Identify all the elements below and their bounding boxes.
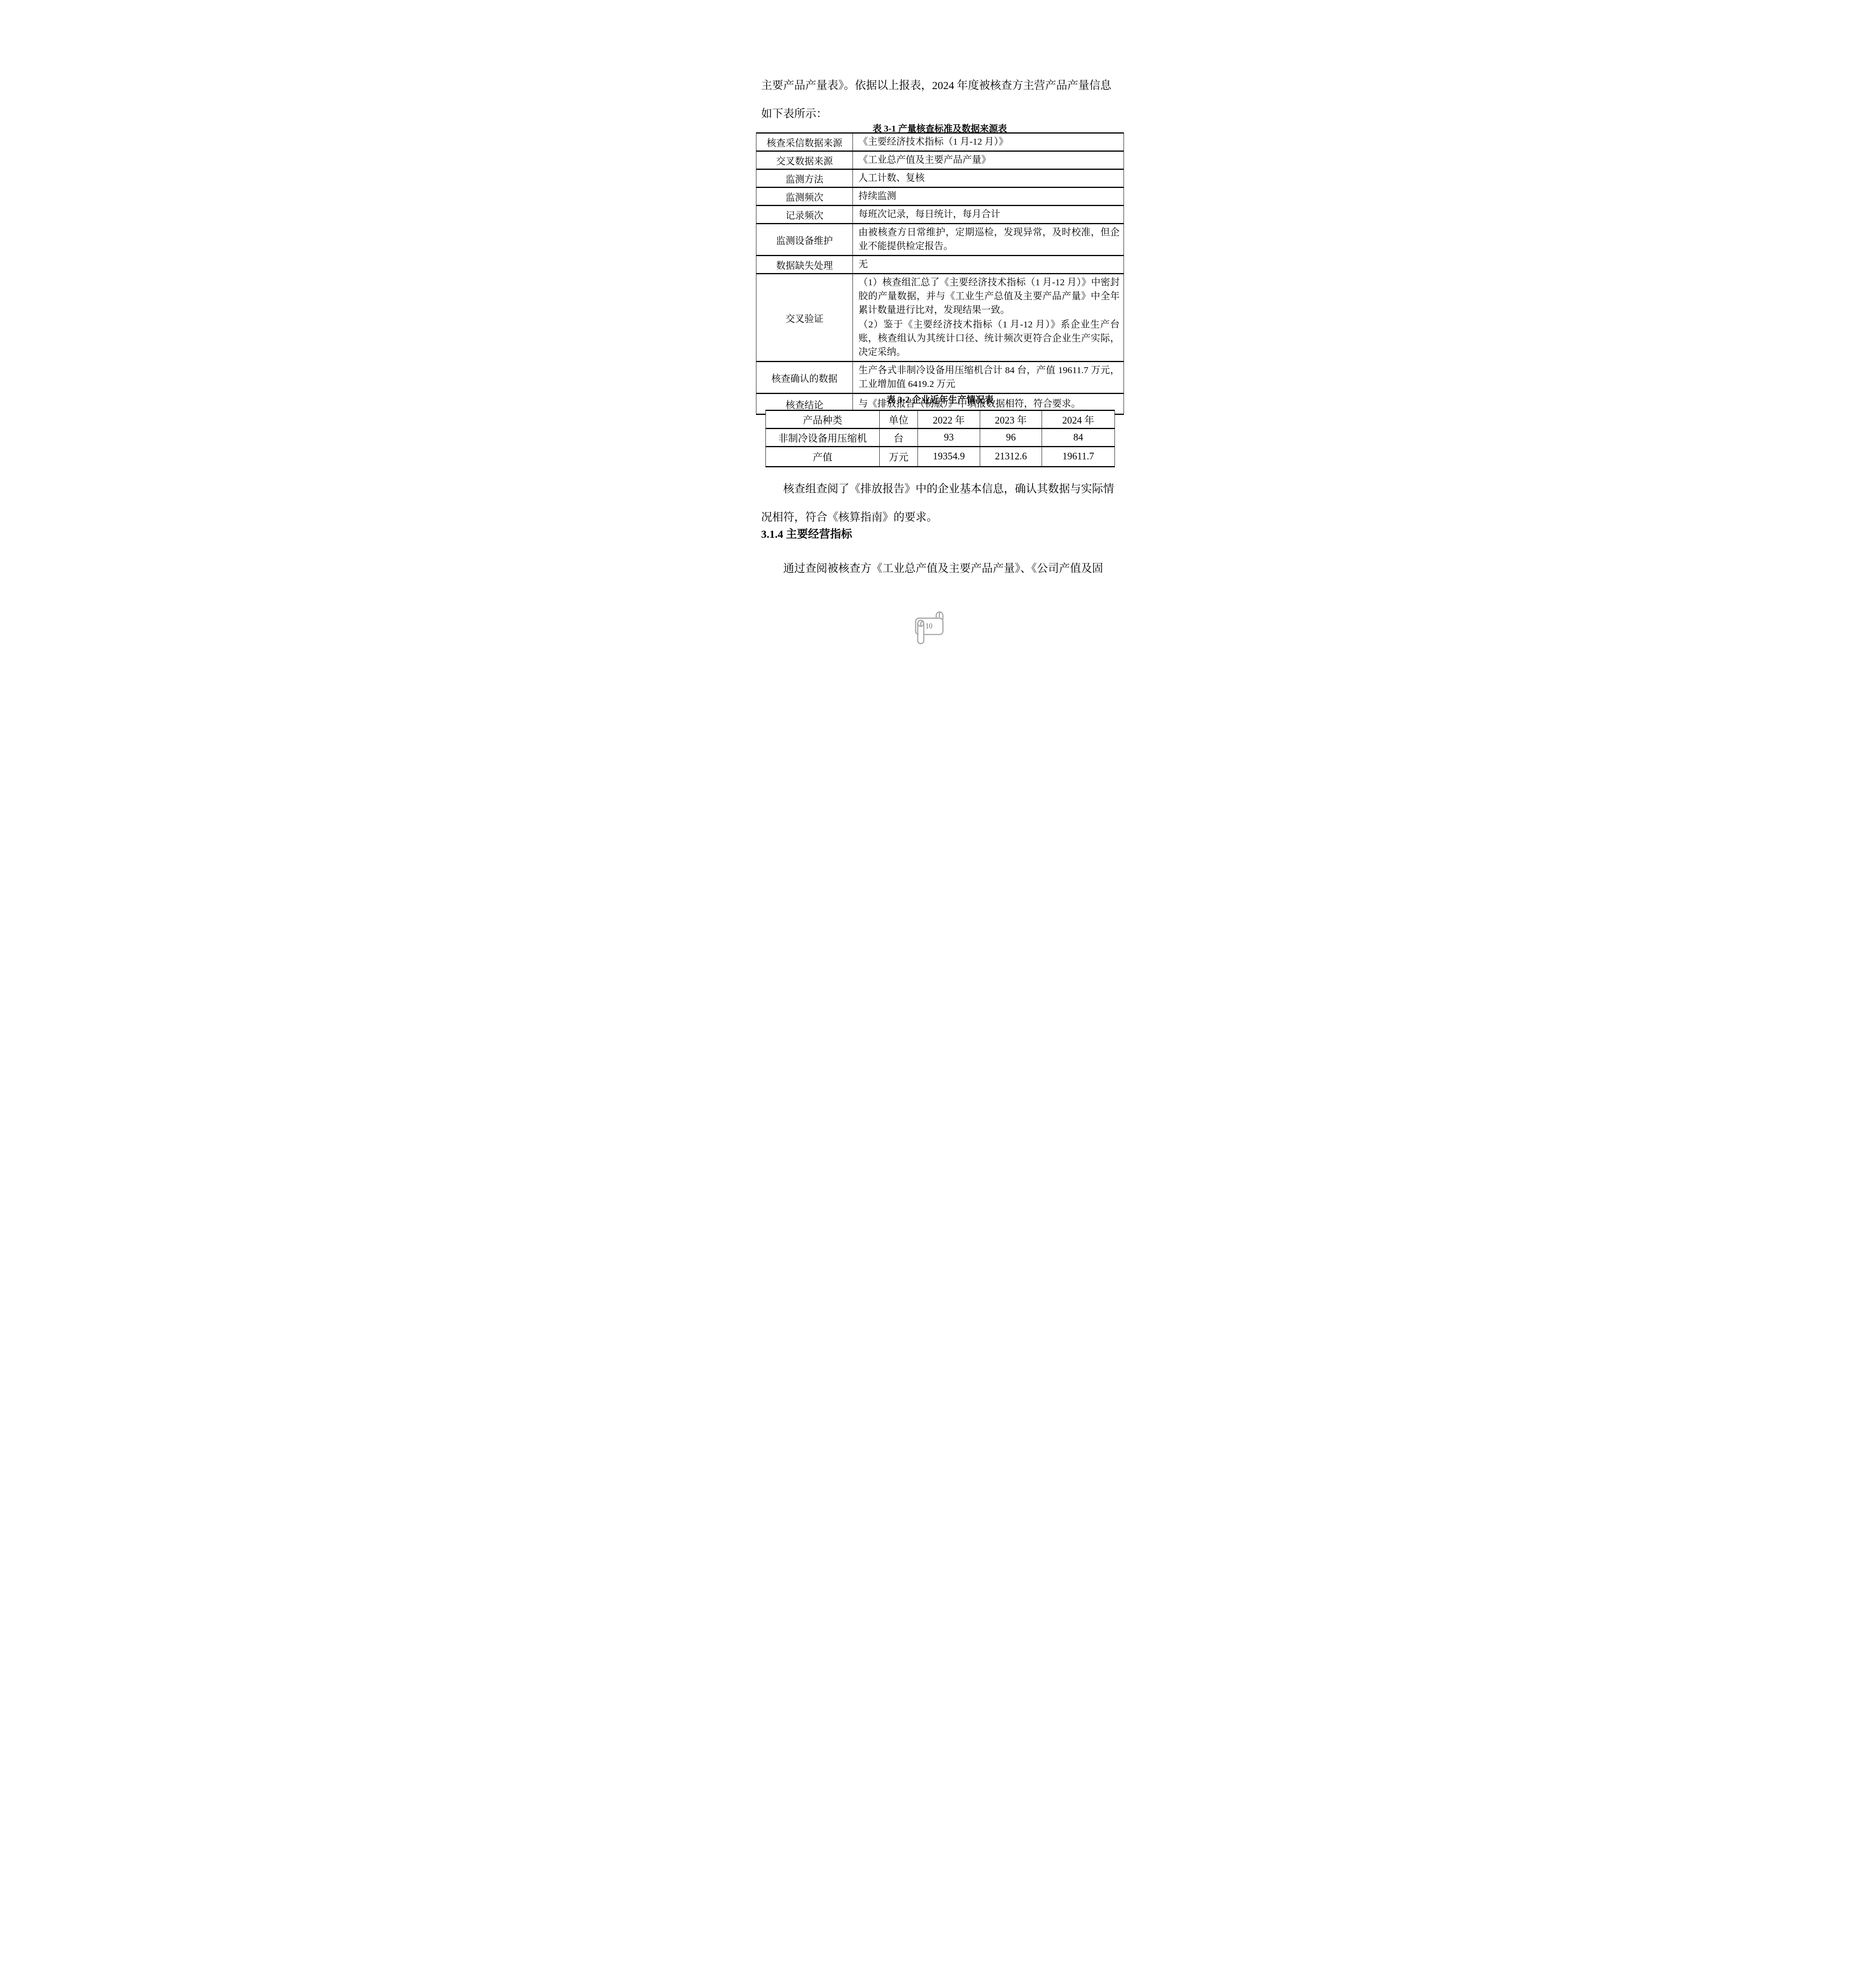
conclusion-line-1: 核查组查阅了《排放报告》中的企业基本信息，确认其数据与实际情 <box>761 475 1124 504</box>
table-header-row: 产品种类 单位 2022 年 2023 年 2024 年 <box>766 411 1115 429</box>
row-label: 监测频次 <box>756 188 853 206</box>
cross-check-point-1: （1）核查组汇总了《主要经济技术指标（1 月-12 月）》中密封胶的产量数据，并… <box>858 276 1120 317</box>
table-row: 交叉数据来源 《工业总产值及主要产品产量》 <box>756 151 1124 169</box>
section-3-1-4-heading: 3.1.4 主要经营指标 <box>761 528 852 541</box>
row-value: 《工业总产值及主要产品产量》 <box>853 151 1124 169</box>
column-header: 产品种类 <box>766 411 880 429</box>
table-cell: 19611.7 <box>1042 447 1115 467</box>
row-value: 无 <box>853 256 1124 274</box>
table-row: 数据缺失处理 无 <box>756 256 1124 274</box>
table-row: 非制冷设备用压缩机 台 93 96 84 <box>766 429 1115 447</box>
column-header: 2024 年 <box>1042 411 1115 429</box>
column-header: 单位 <box>880 411 918 429</box>
table-row: 记录频次 每班次记录，每日统计，每月合计 <box>756 206 1124 224</box>
row-value: 持续监测 <box>853 188 1124 206</box>
row-label: 数据缺失处理 <box>756 256 853 274</box>
row-value: （1）核查组汇总了《主要经济技术指标（1 月-12 月）》中密封胶的产量数据，并… <box>853 274 1124 362</box>
table-cell: 93 <box>918 429 980 447</box>
table-row: 核查确认的数据 生产各式非制冷设备用压缩机合计 84 台，产值 19611.7 … <box>756 362 1124 394</box>
row-label: 核查确认的数据 <box>756 362 853 394</box>
row-value: 《主要经济技术指标（1 月-12 月）》 <box>853 133 1124 151</box>
row-label: 交叉验证 <box>756 274 853 362</box>
column-header: 2023 年 <box>980 411 1042 429</box>
table-cell: 万元 <box>880 447 918 467</box>
last-paragraph-line-1: 通过查阅被核查方《工业总产值及主要产品产量》、《公司产值及固 <box>761 555 1124 583</box>
row-label: 核查采信数据来源 <box>756 133 853 151</box>
table-cell: 84 <box>1042 429 1115 447</box>
table-cell: 96 <box>980 429 1042 447</box>
table-3-1: 核查采信数据来源 《主要经济技术指标（1 月-12 月）》 交叉数据来源 《工业… <box>756 132 1124 415</box>
row-value: 生产各式非制冷设备用压缩机合计 84 台，产值 19611.7 万元，工业增加值… <box>853 362 1124 394</box>
row-value: 由被核查方日常维护，定期巡检，发现异常，及时校准，但企业不能提供检定报告。 <box>853 224 1124 256</box>
table-row: 核查采信数据来源 《主要经济技术指标（1 月-12 月）》 <box>756 133 1124 151</box>
row-label: 监测设备维护 <box>756 224 853 256</box>
table-cell: 21312.6 <box>980 447 1042 467</box>
row-value: 人工计数、复核 <box>853 169 1124 188</box>
cross-check-point-2: （2）鉴于《主要经济技术指标（1 月-12 月）》系企业生产台账，核查组认为其统… <box>858 318 1120 359</box>
table-cell: 19354.9 <box>918 447 980 467</box>
table-3-2-caption: 表 3-2 企业近年生产情况表 <box>765 395 1114 405</box>
column-header: 2022 年 <box>918 411 980 429</box>
table-cell: 非制冷设备用压缩机 <box>766 429 880 447</box>
table-row: 交叉验证 （1）核查组汇总了《主要经济技术指标（1 月-12 月）》中密封胶的产… <box>756 274 1124 362</box>
table-cell: 产值 <box>766 447 880 467</box>
intro-line-1: 主要产品产量表》。依据以上报表，2024 年度被核查方主营产品产量信息 <box>761 72 1124 100</box>
row-value: 每班次记录，每日统计，每月合计 <box>853 206 1124 224</box>
intro-paragraph: 主要产品产量表》。依据以上报表，2024 年度被核查方主营产品产量信息 如下表所… <box>761 72 1124 128</box>
row-label: 交叉数据来源 <box>756 151 853 169</box>
last-paragraph: 通过查阅被核查方《工业总产值及主要产品产量》、《公司产值及固 <box>761 555 1124 583</box>
table-row: 监测频次 持续监测 <box>756 188 1124 206</box>
table-3-2: 产品种类 单位 2022 年 2023 年 2024 年 非制冷设备用压缩机 台… <box>765 410 1115 467</box>
row-label: 监测方法 <box>756 169 853 188</box>
table-cell: 台 <box>880 429 918 447</box>
table-row: 监测设备维护 由被核查方日常维护，定期巡检，发现异常，及时校准，但企业不能提供检… <box>756 224 1124 256</box>
row-label: 记录频次 <box>756 206 853 224</box>
table-row: 监测方法 人工计数、复核 <box>756 169 1124 188</box>
page-number: 10 <box>916 618 942 634</box>
document-page: 主要产品产量表》。依据以上报表，2024 年度被核查方主营产品产量信息 如下表所… <box>704 0 1172 663</box>
conclusion-paragraph: 核查组查阅了《排放报告》中的企业基本信息，确认其数据与实际情 况相符，符合《核算… <box>761 475 1124 532</box>
table-row: 产值 万元 19354.9 21312.6 19611.7 <box>766 447 1115 467</box>
